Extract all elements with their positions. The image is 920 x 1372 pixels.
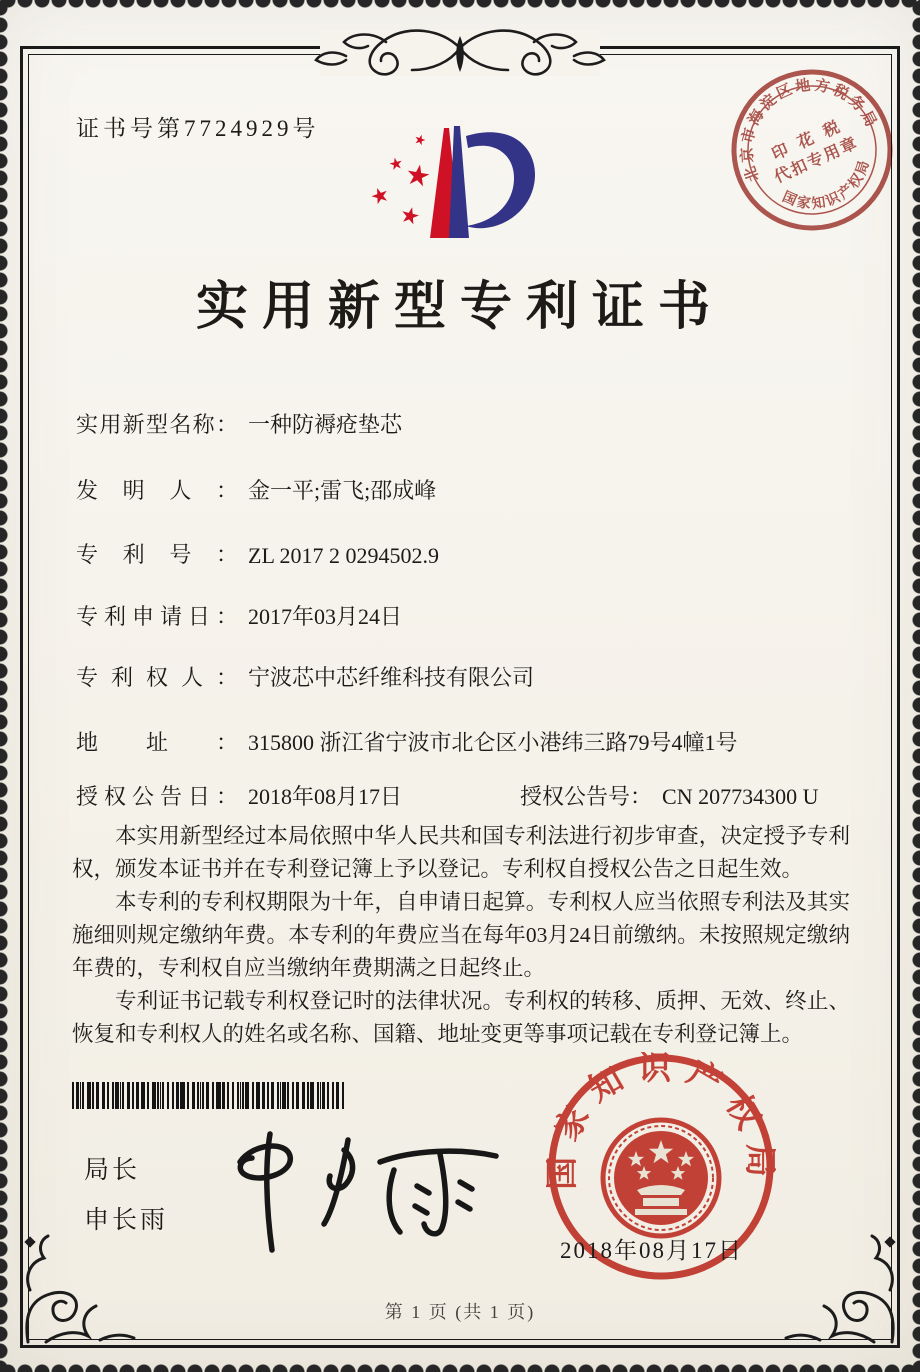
field-utility-model-name: 实用新型名称：一种防褥疮垫芯 — [76, 408, 402, 439]
director-title: 局长 — [84, 1150, 140, 1186]
bottom-left-flourish-ornament — [20, 1230, 140, 1350]
field-label: 实用新型名称： — [76, 408, 238, 439]
lace-edge-left — [0, 0, 13, 1372]
field-label: 授权公告号： — [520, 784, 652, 809]
legal-paragraph-2: 本专利的专利权期限为十年，自申请日起算。专利权人应当依照专利法及其实施细则规定缴… — [72, 886, 850, 985]
seal-date: 2018年08月17日 — [560, 1232, 770, 1265]
lace-edge-right — [907, 0, 920, 1372]
field-label: 专利号： — [76, 538, 238, 569]
field-value: 金一平;雷飞;邵成峰 — [248, 478, 436, 503]
field-value: 315800 浙江省宁波市北仑区小港纬三路79号4幢1号 — [248, 730, 738, 755]
field-value: CN 207734300 U — [662, 784, 818, 809]
field-filing-date: 专利申请日：2017年03月24日 — [76, 600, 402, 631]
handwritten-signature — [212, 1122, 522, 1262]
field-value: 宁波芯中芯纤维科技有限公司 — [248, 665, 534, 690]
field-label: 发明人： — [76, 474, 238, 505]
certificate-number: 证书号第7724929号 — [76, 110, 320, 143]
field-label: 专利申请日： — [76, 600, 238, 631]
field-patentee: 专利权人：宁波芯中芯纤维科技有限公司 — [76, 661, 534, 692]
field-address: 地址：315800 浙江省宁波市北仑区小港纬三路79号4幢1号 — [76, 726, 738, 757]
certificate-title: 实用新型专利证书 — [0, 264, 920, 339]
top-center-flourish-ornament — [290, 20, 630, 80]
barcode — [72, 1082, 344, 1109]
field-value: 2018年08月17日 — [248, 784, 402, 809]
field-patent-number: 专利号：ZL 2017 2 0294502.9 — [76, 538, 439, 569]
field-value: 2017年03月24日 — [248, 604, 402, 629]
lace-edge-bottom — [0, 1359, 920, 1372]
legal-paragraph-3: 专利证书记载专利权登记时的法律状况。专利权的转移、质押、无效、终止、恢复和专利权… — [72, 985, 850, 1051]
field-value: ZL 2017 2 0294502.9 — [248, 543, 439, 568]
cnipa-ip-logo-icon — [348, 106, 568, 261]
field-value: 一种防褥疮垫芯 — [248, 412, 402, 437]
field-inventors: 发明人：金一平;雷飞;邵成峰 — [76, 474, 436, 505]
field-label: 授权公告日： — [76, 780, 238, 811]
field-label: 地址： — [76, 726, 238, 757]
page-number: 第 1 页 (共 1 页) — [0, 1298, 920, 1324]
patent-certificate-page: 证书号第7724929号 实用新型专利证书 实用新型名称：一种防褥疮垫芯 发明人… — [0, 0, 920, 1372]
logo-p-bowl — [466, 132, 535, 228]
legal-text-block: 本实用新型经过本局依照中华人民共和国专利法进行初步审查，决定授予专利权，颁发本证… — [72, 820, 850, 1051]
field-grant-number: 授权公告号：CN 207734300 U — [520, 780, 818, 811]
field-grant-date: 授权公告日：2018年08月17日 — [76, 780, 402, 811]
legal-paragraph-1: 本实用新型经过本局依照中华人民共和国专利法进行初步审查，决定授予专利权，颁发本证… — [72, 820, 850, 886]
national-emblem — [603, 1120, 719, 1236]
director-name: 申长雨 — [84, 1200, 168, 1236]
field-label: 专利权人： — [76, 661, 238, 692]
lace-edge-top — [0, 0, 920, 13]
bottom-right-flourish-ornament — [780, 1230, 900, 1350]
